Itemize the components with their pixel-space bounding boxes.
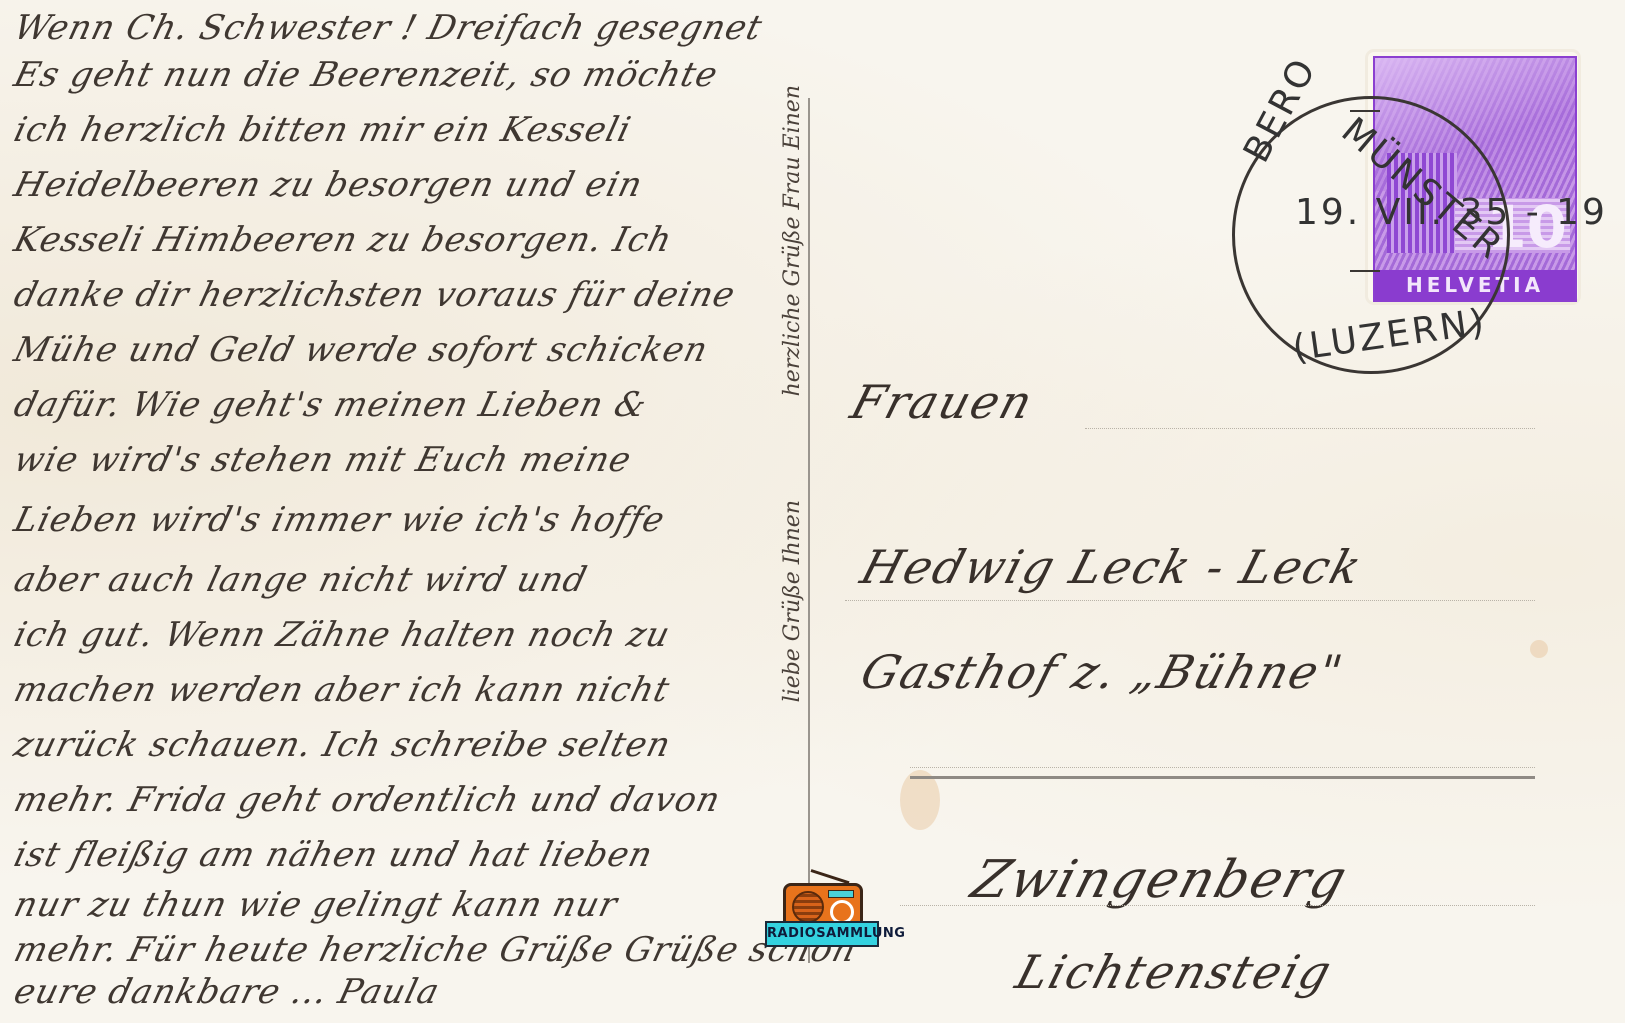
radio-speaker (792, 891, 824, 923)
message-line: mehr. Für heute herzliche Grüße Grüße sc… (10, 930, 861, 970)
address-establishment: Gasthof z. „Bühne" (855, 645, 1350, 699)
address-town: Zwingenberg (965, 850, 1355, 910)
message-line: danke dir herzlichsten voraus für deine (10, 275, 740, 315)
message-line: Mühe und Geld werde sofort schicken (10, 330, 712, 370)
message-line: Heidelbeeren zu besorgen und ein (10, 165, 647, 205)
message-line: nur zu thun wie gelingt kann nur (10, 885, 622, 925)
address-district: Lichtensteig (1010, 945, 1339, 999)
message-line: ich herzlich bitten mir ein Kesseli (10, 110, 635, 150)
address-salutation: Frauen (845, 375, 1040, 429)
margin-note: herzliche Grüße Frau Einen (780, 85, 805, 396)
message-line: eure dankbare ... Paula (10, 972, 444, 1012)
address-line (900, 905, 1535, 906)
message-line: ist fleißig am nähen und hat lieben (10, 835, 657, 875)
message-line: zurück schauen. Ich schreibe selten (10, 725, 675, 765)
postcard: Wenn Ch. Schwester ! Dreifach gesegnet E… (0, 0, 1625, 1023)
message-line: machen werden aber ich kann nicht (10, 670, 674, 710)
message-line: aber auch lange nicht wird und (10, 560, 591, 600)
message-line: Wenn Ch. Schwester ! Dreifach gesegnet (10, 8, 767, 48)
address-line (845, 600, 1535, 601)
message-line: ich gut. Wenn Zähne halten noch zu (10, 615, 675, 655)
radio-antenna (811, 869, 850, 884)
address-line (1085, 428, 1535, 429)
center-divider (808, 98, 810, 963)
logo-label: RADIOSAMMLUNG (765, 921, 879, 947)
handwritten-message: Wenn Ch. Schwester ! Dreifach gesegnet E… (10, 0, 800, 1023)
postmark-date: 19. VII. 35 - 19 (1295, 192, 1608, 233)
address-underline (910, 776, 1535, 779)
postmark-mark (1350, 110, 1380, 112)
message-line: mehr. Frida geht ordentlich und davon (10, 780, 725, 820)
radiosammlung-logo: RADIOSAMMLUNG (775, 865, 870, 945)
message-line: Es geht nun die Beerenzeit, so möchte (10, 55, 722, 95)
address-line (910, 767, 1535, 768)
margin-note: liebe Grüße Ihnen (780, 500, 805, 702)
age-stain (1530, 640, 1548, 658)
age-stain (900, 770, 940, 830)
message-line: dafür. Wie geht's meinen Lieben & (10, 385, 651, 425)
address-name: Hedwig Leck - Leck (855, 540, 1369, 594)
message-line: wie wird's stehen mit Euch meine (10, 440, 636, 480)
message-line: Lieben wird's immer wie ich's hoffe (10, 500, 669, 540)
postmark-mark (1350, 270, 1380, 272)
radio-dial (828, 890, 854, 898)
message-line: Kesseli Himbeeren zu besorgen. Ich (10, 220, 676, 260)
